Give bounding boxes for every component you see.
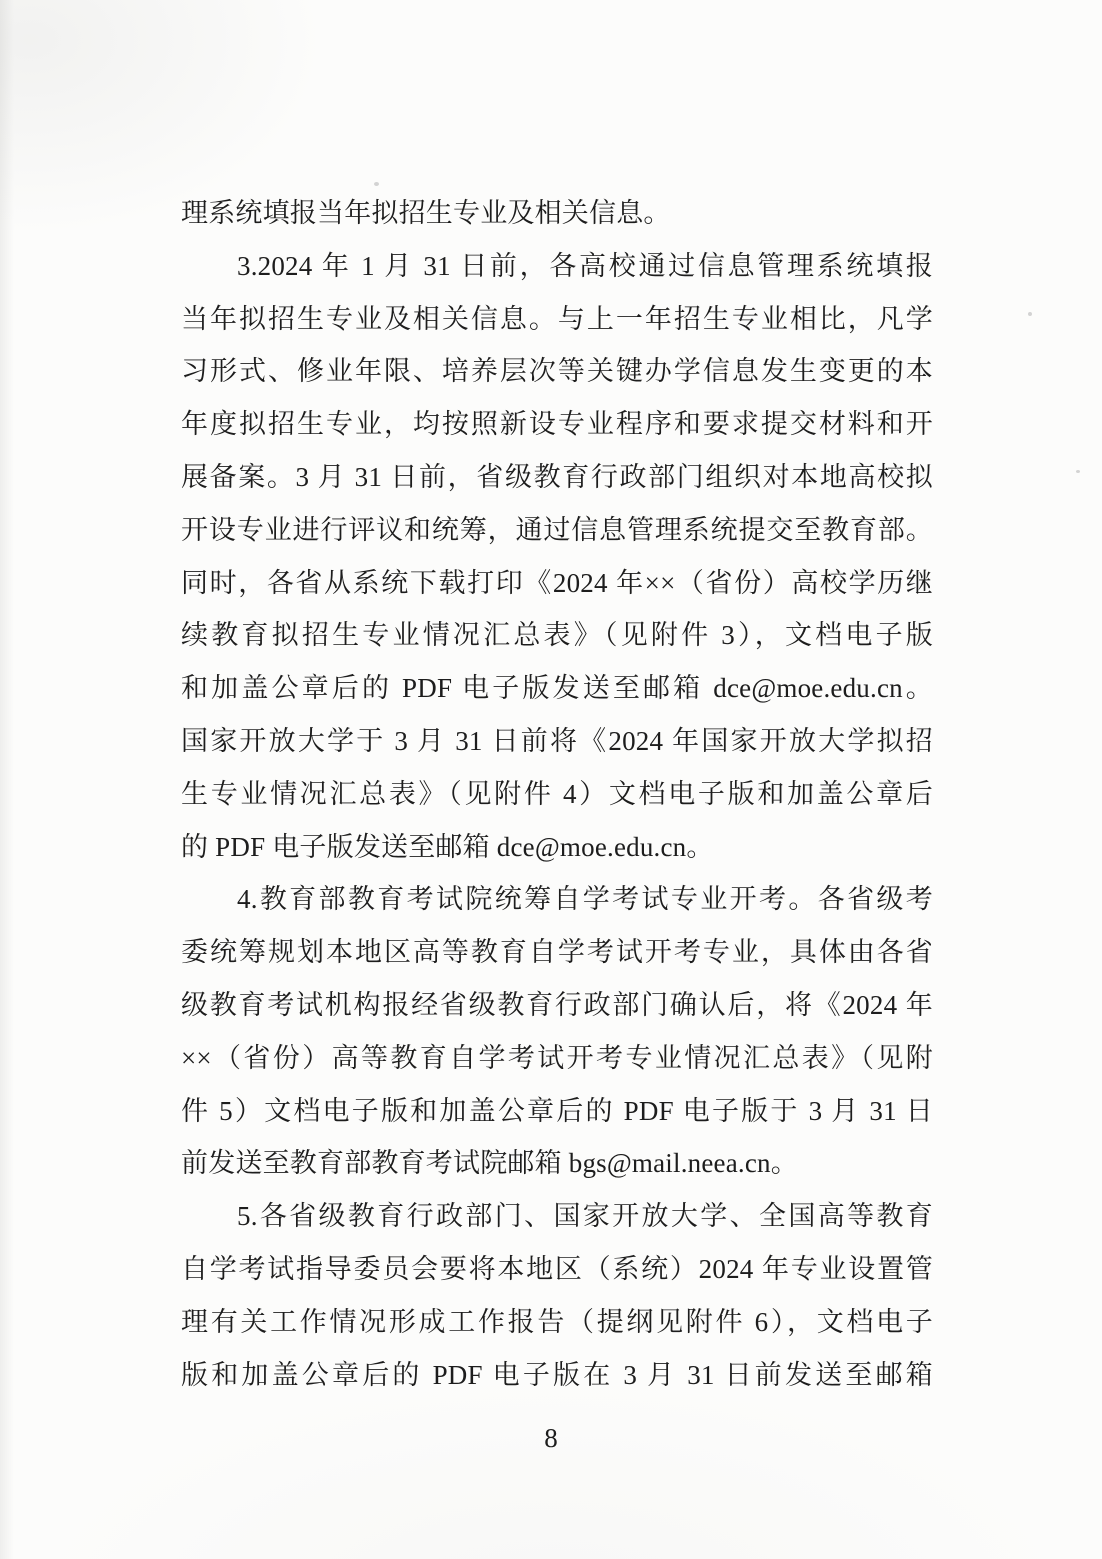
text-line: 展备案。3 月 31 日前，省级教育行政部门组织对本地高校拟 <box>181 451 933 504</box>
text-line: 国家开放大学于 3 月 31 日前将《2024 年国家开放大学拟招 <box>181 715 933 768</box>
text-line: 的 PDF 电子版发送至邮箱 dce@moe.edu.cn。 <box>181 821 933 874</box>
text-line: 年度拟招生专业，均按照新设专业程序和要求提交材料和开 <box>181 398 933 451</box>
text-line: 理有关工作情况形成工作报告（提纲见附件 6），文档电子 <box>181 1296 933 1349</box>
text-line: 生专业情况汇总表》（见附件 4）文档电子版和加盖公章后 <box>181 768 933 821</box>
text-line: 前发送至教育部教育考试院邮箱 bgs@mail.neea.cn。 <box>181 1137 933 1190</box>
document-page: 理系统填报当年拟招生专业及相关信息。3.2024 年 1 月 31 日前，各高校… <box>0 0 1102 1559</box>
text-line: 版和加盖公章后的 PDF 电子版在 3 月 31 日前发送至邮箱 <box>181 1349 933 1402</box>
text-line: 件 5）文档电子版和加盖公章后的 PDF 电子版于 3 月 31 日 <box>181 1085 933 1138</box>
text-line: 3.2024 年 1 月 31 日前，各高校通过信息管理系统填报 <box>181 240 933 293</box>
text-line: 级教育考试机构报经省级教育行政部门确认后，将《2024 年 <box>181 979 933 1032</box>
text-line: ××（省份）高等教育自学考试开考专业情况汇总表》（见附 <box>181 1032 933 1085</box>
document-body: 理系统填报当年拟招生专业及相关信息。3.2024 年 1 月 31 日前，各高校… <box>181 187 933 1401</box>
text-line: 自学考试指导委员会要将本地区（系统）2024 年专业设置管 <box>181 1243 933 1296</box>
text-line: 和加盖公章后的 PDF 电子版发送至邮箱 dce@moe.edu.cn。 <box>181 662 933 715</box>
text-line: 5.各省级教育行政部门、国家开放大学、全国高等教育 <box>181 1190 933 1243</box>
page-number: 8 <box>0 1422 1102 1454</box>
scan-speck <box>1028 312 1032 316</box>
text-line: 当年拟招生专业及相关信息。与上一年招生专业相比，凡学 <box>181 293 933 346</box>
text-line: 4.教育部教育考试院统筹自学考试专业开考。各省级考 <box>181 873 933 926</box>
text-line: 习形式、修业年限、培养层次等关键办学信息发生变更的本 <box>181 345 933 398</box>
text-line: 同时，各省从系统下载打印《2024 年××（省份）高校学历继 <box>181 557 933 610</box>
text-line: 续教育拟招生专业情况汇总表》（见附件 3），文档电子版 <box>181 609 933 662</box>
text-line: 开设专业进行评议和统筹，通过信息管理系统提交至教育部。 <box>181 504 933 557</box>
text-line: 委统筹规划本地区高等教育自学考试开考专业，具体由各省 <box>181 926 933 979</box>
scan-speck <box>1076 470 1080 473</box>
text-line: 理系统填报当年拟招生专业及相关信息。 <box>181 187 933 240</box>
scan-speck <box>374 182 379 186</box>
